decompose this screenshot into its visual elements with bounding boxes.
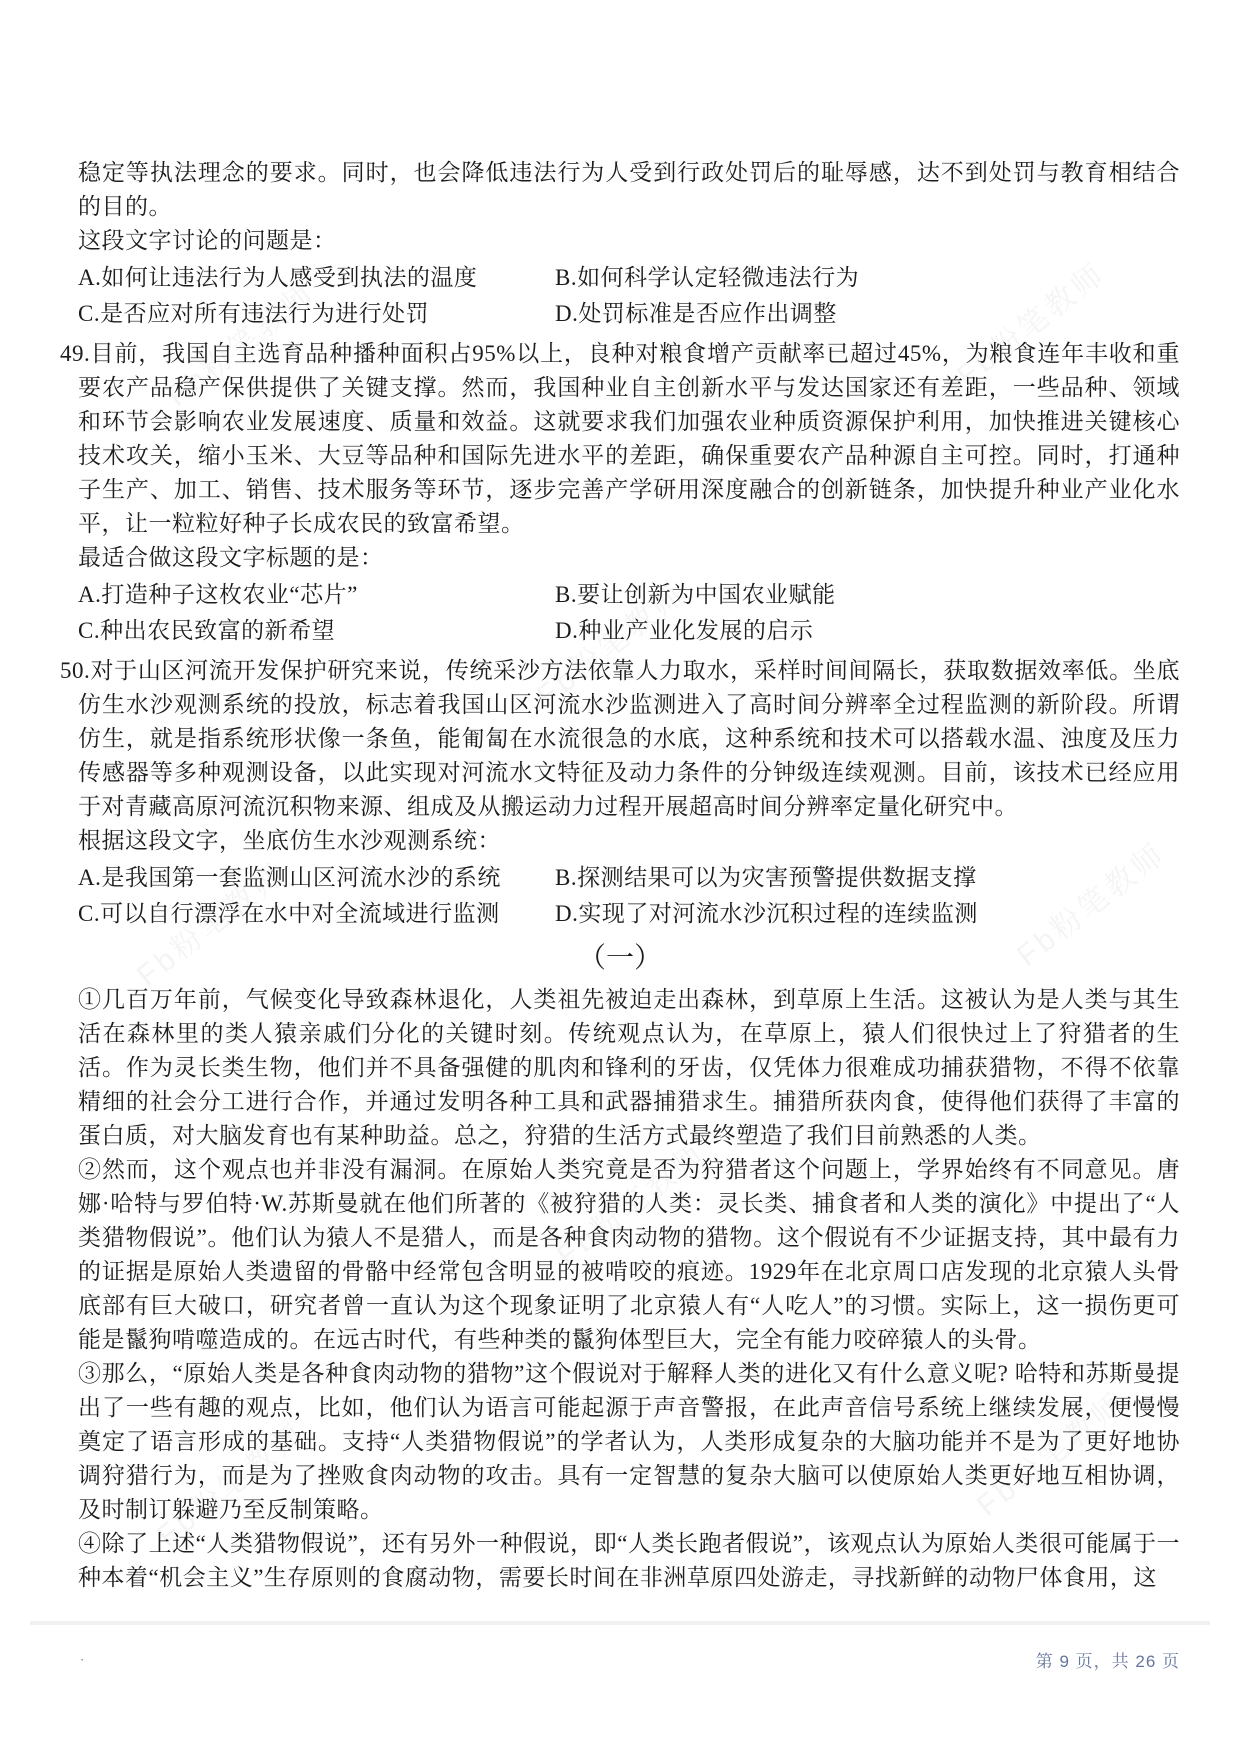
passage-paragraph-3: ③那么，“原始人类是各种食肉动物的猎物”这个假说对于解释人类的进化又有什么意义呢… bbox=[78, 1357, 1180, 1527]
passage-paragraph-1: ①几百万年前，气候变化导致森林退化，人类祖先被迫走出森林，到草原上生活。这被认为… bbox=[78, 983, 1180, 1153]
question-49: 49.目前，我国自主选育品种播种面积占95%以上，良种对粮食增产贡献率已超过45… bbox=[78, 337, 1180, 541]
page-footer: · 第 9 页，共 26 页 bbox=[60, 1647, 1180, 1672]
section-title: （一） bbox=[60, 937, 1180, 981]
options-grid: A.打造种子这枚农业“芯片” B.要让创新为中国农业赋能 C.种出农民致富的新希… bbox=[78, 578, 1180, 648]
options-grid: A.是我国第一套监测山区河流水沙的系统 B.探测结果可以为灾害预警提供数据支撑 … bbox=[78, 861, 1180, 931]
question-number: 49. bbox=[60, 341, 90, 366]
exam-page: Fb粉笔教师 Fb粉笔教师 Fb粉笔教师 Fb粉笔教师 Fb粉笔教师 Fb粉笔教… bbox=[0, 0, 1240, 1754]
question-body: 目前，我国自主选育品种播种面积占95%以上，良种对粮食增产贡献率已超过45%，为… bbox=[78, 341, 1180, 536]
option-c: C.是否应对所有违法行为进行处罚 bbox=[78, 297, 555, 331]
option-a: A.是我国第一套监测山区河流水沙的系统 bbox=[78, 861, 555, 895]
option-b: B.探测结果可以为灾害预警提供数据支撑 bbox=[555, 861, 1180, 895]
passage-paragraph-2: ②然而，这个观点也并非没有漏洞。在原始人类究竟是否为狩猎者这个问题上，学界始终有… bbox=[78, 1153, 1180, 1357]
question-prompt: 根据这段文字，坐底仿生水沙观测系统： bbox=[78, 824, 1180, 858]
document-body: 稳定等执法理念的要求。同时，也会降低违法行为人受到行政处罚后的耻辱感，达不到处罚… bbox=[0, 0, 1240, 1672]
carryover-paragraph: 稳定等执法理念的要求。同时，也会降低违法行为人受到行政处罚后的耻辱感，达不到处罚… bbox=[78, 156, 1180, 224]
question-number: 50. bbox=[60, 658, 90, 683]
option-b: B.要让创新为中国农业赋能 bbox=[555, 578, 1180, 612]
question-prompt: 这段文字讨论的问题是： bbox=[78, 224, 1180, 258]
option-d: D.实现了对河流水沙沉积过程的连续监测 bbox=[555, 897, 1180, 931]
page-number-indicator: 第 9 页，共 26 页 bbox=[1036, 1647, 1180, 1672]
question-50: 50.对于山区河流开发保护研究来说，传统采沙方法依靠人力取水，采样时间间隔长，获… bbox=[78, 654, 1180, 824]
options-grid: A.如何让违法行为人感受到执法的温度 B.如何科学认定轻微违法行为 C.是否应对… bbox=[78, 261, 1180, 331]
option-c: C.可以自行漂浮在水中对全流域进行监测 bbox=[78, 897, 555, 931]
option-a: A.如何让违法行为人感受到执法的温度 bbox=[78, 261, 555, 295]
option-b: B.如何科学认定轻微违法行为 bbox=[555, 261, 1180, 295]
option-c: C.种出农民致富的新希望 bbox=[78, 614, 555, 648]
option-d: D.处罚标准是否应作出调整 bbox=[555, 297, 1180, 331]
option-a: A.打造种子这枚农业“芯片” bbox=[78, 578, 555, 612]
question-prompt: 最适合做这段文字标题的是： bbox=[78, 541, 1180, 575]
passage-paragraph-4: ④除了上述“人类猎物假说”，还有另外一种假说，即“人类长跑者假说”，该观点认为原… bbox=[78, 1527, 1180, 1595]
footer-divider bbox=[30, 1621, 1210, 1625]
option-d: D.种业产业化发展的启示 bbox=[555, 614, 1180, 648]
footer-marker-dot: · bbox=[80, 1652, 84, 1668]
question-body: 对于山区河流开发保护研究来说，传统采沙方法依靠人力取水，采样时间间隔长，获取数据… bbox=[78, 658, 1180, 819]
